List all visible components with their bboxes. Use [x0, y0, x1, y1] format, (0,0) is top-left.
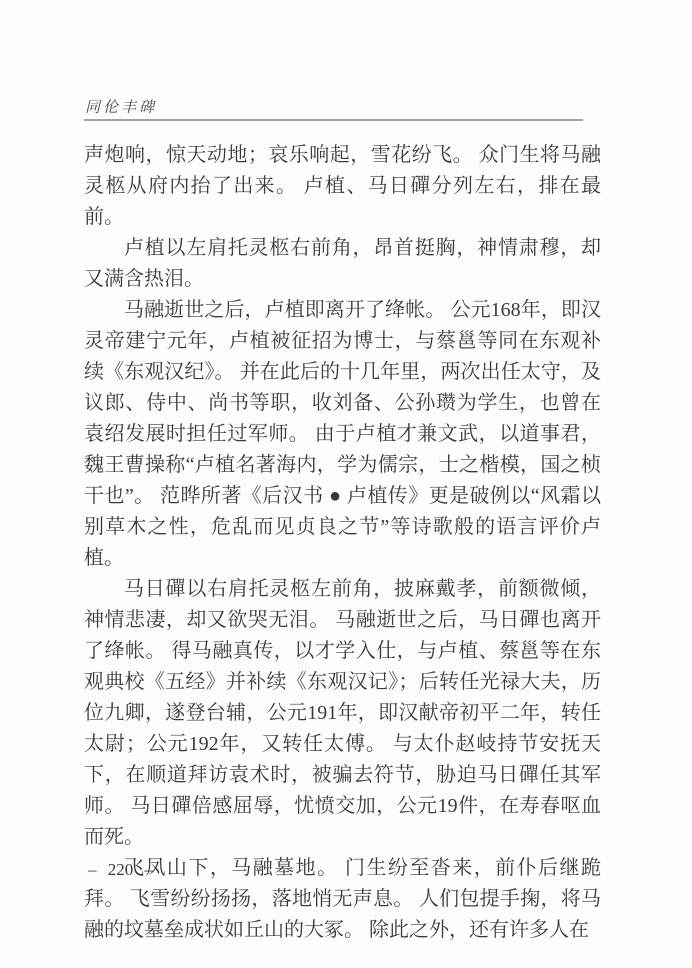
paragraph: 飞凤山下，马融墓地。 门生纷至沓来，前仆后继跪拜。 飞雪纷纷扬扬，落地悄无声息。… — [84, 853, 601, 946]
running-header: 同伦丰碑 — [85, 96, 157, 117]
page-number: – 220 – — [88, 860, 153, 880]
paragraph: 卢植以左肩托灵柩右前角，昂首挺胸，神情肃穆，却又满含热泪。 — [84, 233, 601, 295]
book-page: 同伦丰碑 声炮响，惊天动地；哀乐响起，雪花纷飞。 众门生将马融灵柩从府内抬了出来… — [0, 0, 692, 968]
paragraph: 马融逝世之后，卢植即离开了绛帐。 公元168年，即汉灵帝建宁元年，卢植被征招为博… — [84, 295, 601, 574]
header-rule — [84, 119, 583, 121]
body-text: 声炮响，惊天动地；哀乐响起，雪花纷飞。 众门生将马融灵柩从府内抬了出来。 卢植、… — [84, 140, 601, 946]
paragraph: 马日磾以右肩托灵柩左前角，披麻戴孝，前额微倾，神情悲凄，却又欲哭无泪。 马融逝世… — [84, 574, 601, 853]
paragraph: 声炮响，惊天动地；哀乐响起，雪花纷飞。 众门生将马融灵柩从府内抬了出来。 卢植、… — [84, 140, 601, 233]
